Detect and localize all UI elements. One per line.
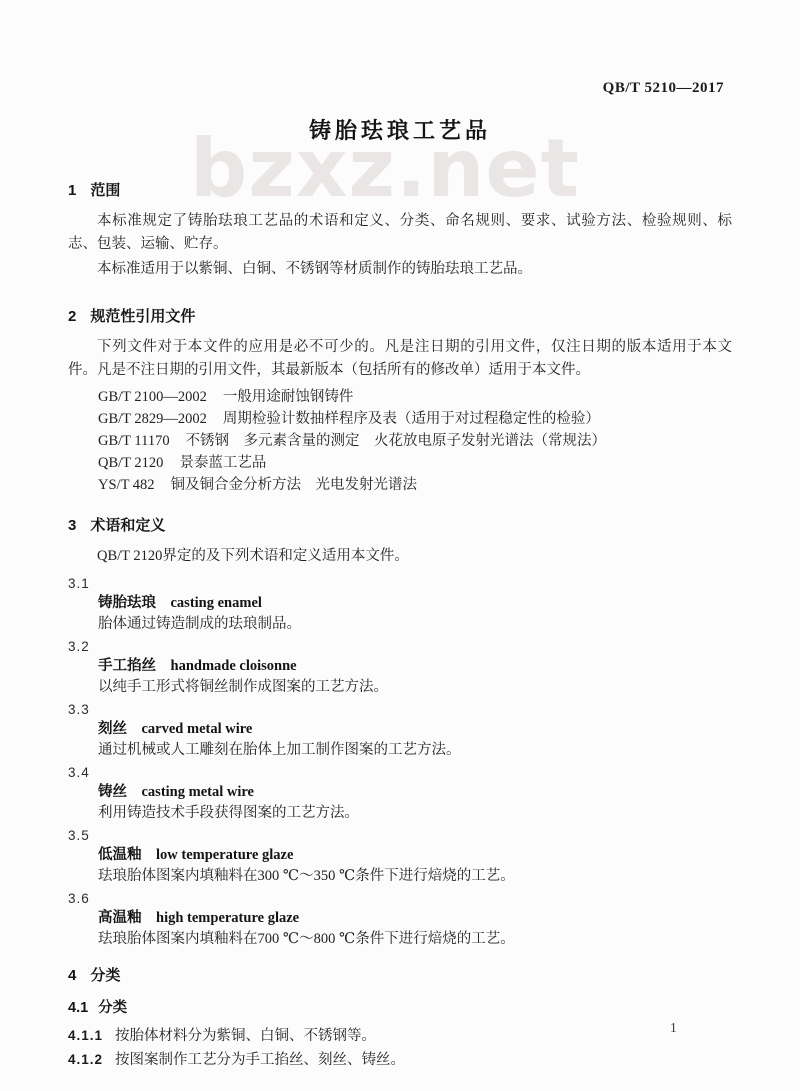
- term-zh: 铸丝: [98, 784, 127, 800]
- paragraph: QB/T 2120界定的及下列术语和定义适用本文件。: [68, 545, 732, 568]
- term-block: 3.3 刻丝carved metal wire 通过机械或人工雕刻在胎体上加工制…: [68, 700, 732, 761]
- term-heading: 铸胎珐琅casting enamel: [68, 593, 732, 614]
- reference-item: YS/T 482铜及铜合金分析方法 光电发射光谱法: [68, 474, 732, 496]
- term-definition: 珐琅胎体图案内填釉料在700 ℃～800 ℃条件下进行焙烧的工艺。: [68, 929, 732, 950]
- section-1-heading: 1范围: [68, 181, 732, 201]
- term-definition: 珐琅胎体图案内填釉料在300 ℃～350 ℃条件下进行焙烧的工艺。: [68, 866, 732, 887]
- term-number: 3.4: [68, 763, 732, 782]
- term-number: 3.2: [68, 637, 732, 656]
- section-title: 术语和定义: [90, 517, 165, 534]
- section-number: 4: [68, 967, 76, 984]
- term-heading: 高温釉high temperature glaze: [68, 908, 732, 929]
- term-en: low temperature glaze: [156, 847, 293, 863]
- section-4-1-heading: 4.1分类: [68, 998, 732, 1018]
- section-2-heading: 2规范性引用文件: [68, 307, 732, 327]
- terms-list: 3.1 铸胎珐琅casting enamel 胎体通过铸造制成的珐琅制品。 3.…: [68, 574, 732, 950]
- term-en: carved metal wire: [142, 721, 253, 737]
- term-block: 3.5 低温釉low temperature glaze 珐琅胎体图案内填釉料在…: [68, 826, 732, 887]
- term-number: 3.6: [68, 889, 732, 908]
- reference-title: 周期检验计数抽样程序及表（适用于对过程稳定性的检验）: [223, 411, 600, 427]
- section-title: 范围: [90, 182, 120, 199]
- term-en: casting enamel: [171, 595, 262, 611]
- reference-code: YS/T 482: [98, 477, 155, 493]
- doc-code: QB/T 5210—2017: [603, 80, 724, 97]
- term-block: 3.6 高温釉high temperature glaze 珐琅胎体图案内填釉料…: [68, 889, 732, 950]
- reference-item: QB/T 2120景泰蓝工艺品: [68, 452, 732, 474]
- reference-item: GB/T 11170不锈钢 多元素含量的测定 火花放电原子发射光谱法（常规法）: [68, 430, 732, 452]
- term-block: 3.4 铸丝casting metal wire 利用铸造技术手段获得图案的工艺…: [68, 763, 732, 824]
- term-definition: 利用铸造技术手段获得图案的工艺方法。: [68, 803, 732, 824]
- term-heading: 刻丝carved metal wire: [68, 719, 732, 740]
- reference-title: 景泰蓝工艺品: [179, 455, 266, 471]
- clause-number: 4.1.1: [68, 1028, 103, 1043]
- term-zh: 低温釉: [98, 847, 142, 863]
- reference-code: QB/T 2120: [98, 455, 163, 471]
- section-title: 分类: [98, 1000, 127, 1016]
- document-page: QB/T 5210—2017 bzxz.net 铸胎珐琅工艺品 1范围 本标准规…: [0, 0, 800, 1091]
- paragraph: 本标准规定了铸胎珐琅工艺品的术语和定义、分类、命名规则、要求、试验方法、检验规则…: [68, 210, 732, 256]
- term-zh: 铸胎珐琅: [98, 595, 156, 611]
- section-title: 规范性引用文件: [90, 308, 195, 325]
- reference-title: 一般用途耐蚀钢铸件: [223, 389, 354, 405]
- section-3-heading: 3术语和定义: [68, 516, 732, 536]
- page-content: 铸胎珐琅工艺品 1范围 本标准规定了铸胎珐琅工艺品的术语和定义、分类、命名规则、…: [0, 0, 800, 1072]
- term-number: 3.5: [68, 826, 732, 845]
- term-number: 3.1: [68, 574, 732, 593]
- reference-code: GB/T 2829—2002: [98, 411, 207, 427]
- clause-list: 4.1.1按胎体材料分为紫铜、白铜、不锈钢等。 4.1.2按图案制作工艺分为手工…: [68, 1024, 732, 1072]
- reference-item: GB/T 2100—2002一般用途耐蚀钢铸件: [68, 386, 732, 408]
- clause-number: 4.1.2: [68, 1052, 103, 1067]
- paragraph: 本标准适用于以紫铜、白铜、不锈钢等材质制作的铸胎珐琅工艺品。: [68, 258, 732, 281]
- term-zh: 手工掐丝: [98, 658, 156, 674]
- section-number: 2: [68, 308, 76, 325]
- clause-line: 4.1.1按胎体材料分为紫铜、白铜、不锈钢等。: [68, 1024, 732, 1048]
- term-zh: 高温釉: [98, 910, 142, 926]
- term-block: 3.1 铸胎珐琅casting enamel 胎体通过铸造制成的珐琅制品。: [68, 574, 732, 635]
- section-number: 4.1: [68, 1000, 88, 1016]
- section-4-heading: 4分类: [68, 966, 732, 986]
- term-en: handmade cloisonne: [171, 658, 297, 674]
- section-title: 分类: [90, 967, 120, 984]
- term-heading: 铸丝casting metal wire: [68, 782, 732, 803]
- page-title: 铸胎珐琅工艺品: [68, 0, 732, 145]
- reference-item: GB/T 2829—2002周期检验计数抽样程序及表（适用于对过程稳定性的检验）: [68, 408, 732, 430]
- term-heading: 手工掐丝handmade cloisonne: [68, 656, 732, 677]
- section-number: 1: [68, 182, 76, 199]
- term-definition: 以纯手工形式将铜丝制作成图案的工艺方法。: [68, 677, 732, 698]
- term-en: casting metal wire: [142, 784, 254, 800]
- reference-title: 铜及铜合金分析方法 光电发射光谱法: [170, 477, 417, 493]
- clause-line: 4.1.2按图案制作工艺分为手工掐丝、刻丝、铸丝。: [68, 1048, 732, 1072]
- clause-text: 按胎体材料分为紫铜、白铜、不锈钢等。: [115, 1028, 376, 1044]
- reference-title: 不锈钢 多元素含量的测定 火花放电原子发射光谱法（常规法）: [186, 433, 607, 449]
- term-block: 3.2 手工掐丝handmade cloisonne 以纯手工形式将铜丝制作成图…: [68, 637, 732, 698]
- page-number: 1: [670, 1020, 677, 1036]
- reference-list: GB/T 2100—2002一般用途耐蚀钢铸件 GB/T 2829—2002周期…: [68, 386, 732, 496]
- clause-text: 按图案制作工艺分为手工掐丝、刻丝、铸丝。: [115, 1052, 405, 1068]
- term-heading: 低温釉low temperature glaze: [68, 845, 732, 866]
- term-definition: 通过机械或人工雕刻在胎体上加工制作图案的工艺方法。: [68, 740, 732, 761]
- term-en: high temperature glaze: [156, 910, 299, 926]
- term-zh: 刻丝: [98, 721, 127, 737]
- section-number: 3: [68, 517, 76, 534]
- term-definition: 胎体通过铸造制成的珐琅制品。: [68, 614, 732, 635]
- reference-code: GB/T 11170: [98, 433, 170, 449]
- paragraph: 下列文件对于本文件的应用是必不可少的。凡是注日期的引用文件，仅注日期的版本适用于…: [68, 336, 732, 382]
- term-number: 3.3: [68, 700, 732, 719]
- reference-code: GB/T 2100—2002: [98, 389, 207, 405]
